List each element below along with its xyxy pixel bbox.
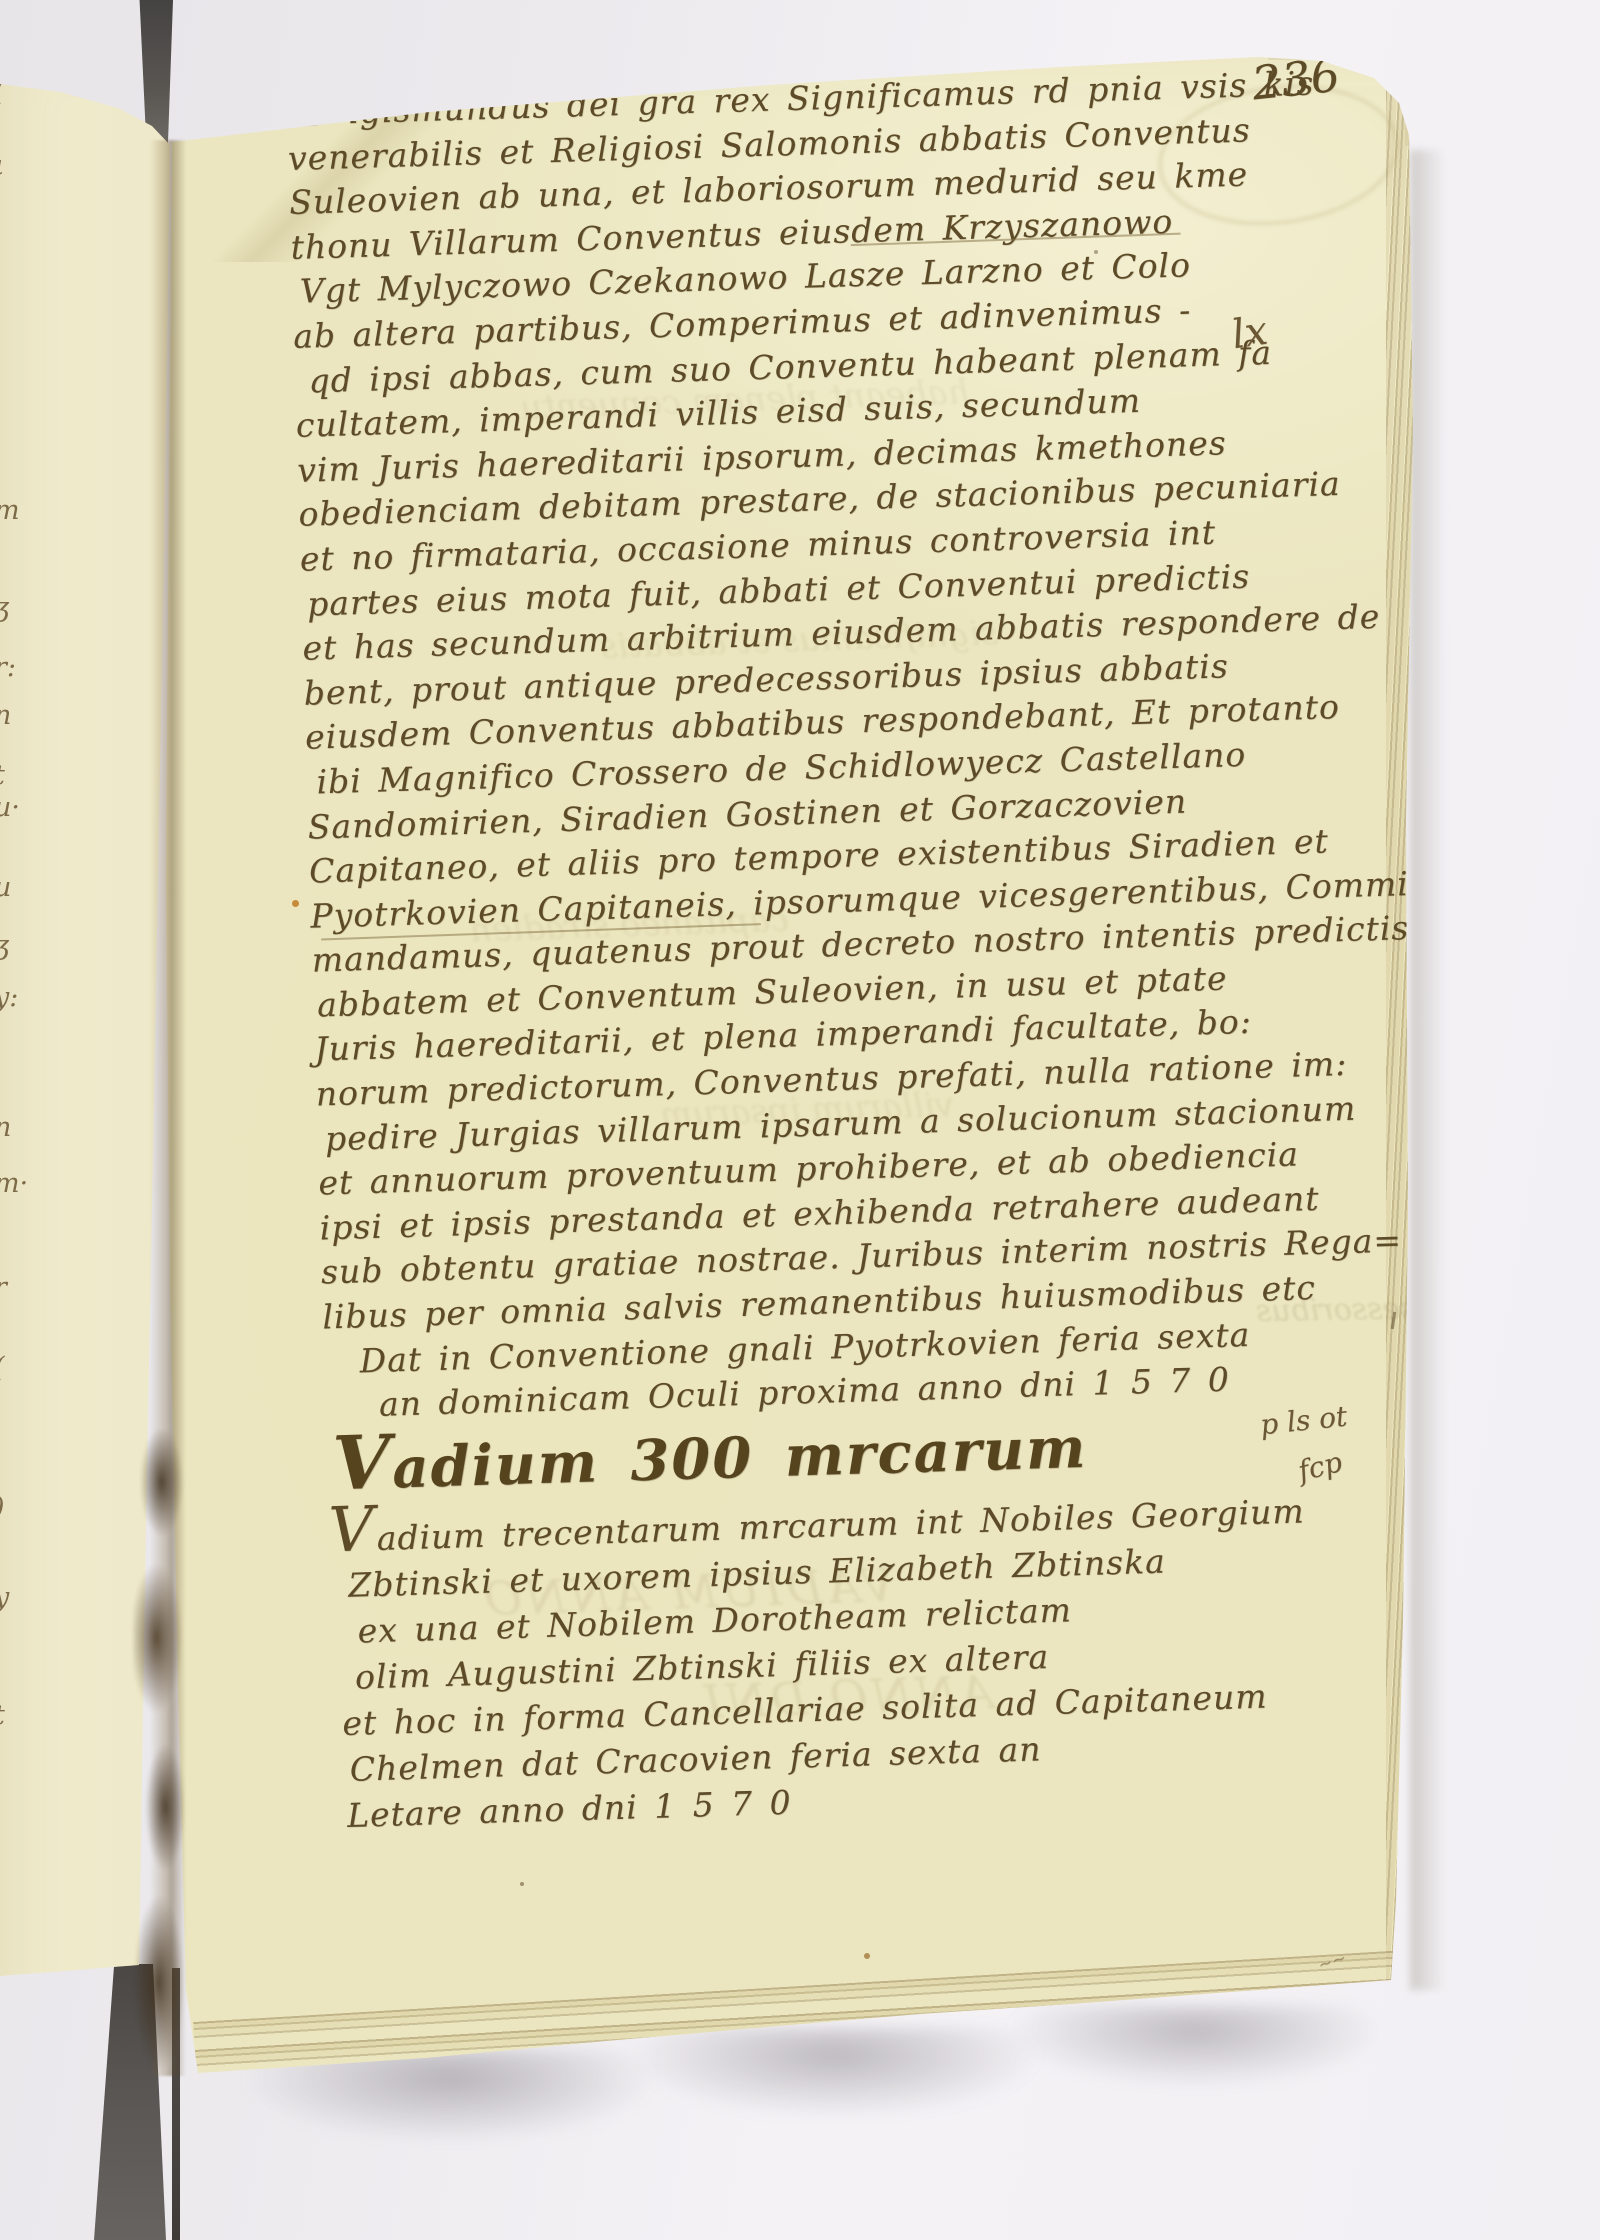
ink-fleck [864, 1953, 870, 1959]
ink-fleck [520, 1882, 524, 1886]
facing-page-fragment: ʒ [0, 592, 40, 623]
facing-page-fragment: u· [0, 792, 40, 823]
facing-page-fragment: r: [0, 652, 40, 683]
facing-page-fragment: y: [0, 982, 40, 1013]
facing-page-fragment: t [0, 1700, 40, 1731]
manuscript-text-column: Sigismundus dei gra rex Significamus rd … [286, 61, 1377, 1839]
ink-fleck [292, 900, 299, 907]
page-shadow-scallop [620, 2028, 1050, 2120]
entry-sigismundus-decree: Sigismundus dei gra rex Significamus rd … [286, 61, 1365, 1429]
facing-page-fragment: n [0, 1112, 40, 1143]
page-number: 236 [1249, 48, 1342, 111]
facing-page-fragment: y [0, 1582, 40, 1613]
margin-note-lx: lx [1229, 308, 1270, 358]
facing-page-fragment: r [0, 1272, 40, 1303]
facing-page-fragment: m· [0, 1168, 40, 1199]
facing-page-fragment: n [0, 700, 40, 731]
page-shadow-scallop [1000, 2006, 1390, 2090]
manuscript-page: habeant plenam conuentusignificamus et a… [0, 0, 1600, 2240]
entry-vadium-record: Vadium trecentarum mrcarum int Nobiles G… [328, 1486, 1377, 1839]
facing-page-fragment: m [0, 495, 40, 526]
facing-page-fragment: ( [0, 76, 40, 107]
fore-edge-shadow [1410, 150, 1446, 1990]
facing-page-fragment: ʒ [0, 930, 40, 961]
facing-page-fragment: ( [0, 1352, 40, 1383]
facing-page-fragment: u [0, 872, 40, 903]
facing-page-fragment: t [0, 760, 40, 791]
binding-gutter-damage [133, 1430, 185, 2080]
manuscript-photo: (ιmʒr:ntu·uʒy:nm·r()yt· habeant plenam c… [0, 0, 1600, 2240]
facing-page-fragment: · [0, 2040, 40, 2071]
facing-page-fragment: ι [0, 150, 40, 181]
facing-page-fragment: ) [0, 1492, 40, 1523]
